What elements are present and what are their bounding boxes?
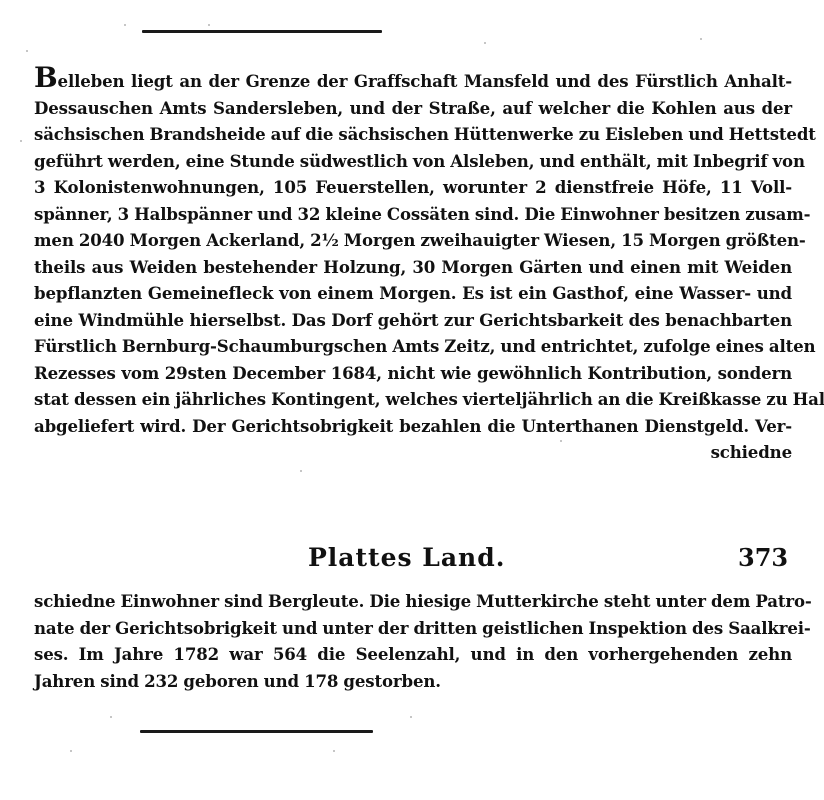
scan-speck — [110, 716, 112, 718]
scan-speck — [410, 716, 412, 718]
text-line: 3 Kolonistenwohnungen, 105 Feuerstellen,… — [34, 174, 792, 201]
text-line: Fürstlich Bernburg-Schaumburgschen Amts … — [34, 333, 792, 360]
text-line: Jahren sind 232 geboren und 178 gestorbe… — [34, 668, 792, 695]
page-number: 373 — [738, 538, 788, 578]
bottom-decorative-rule — [140, 730, 373, 733]
text-line: ses. Im Jahre 1782 war 564 die Seelenzah… — [34, 641, 792, 668]
text-line: stat dessen ein jährliches Kontingent, w… — [34, 386, 792, 413]
text-line: geführt werden, eine Stunde südwestlich … — [34, 148, 792, 175]
text-line: abgeliefert wird. Der Gerichtsobrigkeit … — [34, 413, 792, 440]
scan-speck — [70, 750, 72, 752]
scan-speck — [26, 50, 28, 52]
text-line: Belleben liegt an der Grenze der Graffsc… — [34, 68, 792, 95]
scanned-book-page: Belleben liegt an der Grenze der Graffsc… — [0, 0, 824, 800]
scan-speck — [20, 140, 22, 142]
text-line: Dessauschen Amts Sandersleben, und der S… — [34, 95, 792, 122]
text-line: sächsischen Brandsheide auf die sächsisc… — [34, 121, 792, 148]
scan-speck — [300, 470, 302, 472]
drop-cap-initial: B — [34, 61, 58, 94]
running-head: Plattes Land. — [308, 538, 505, 578]
paragraph-continuation: schiedne Einwohner sind Bergleute. Die h… — [34, 588, 792, 694]
scan-speck — [484, 42, 486, 44]
text-line: bepflanzten Gemeinefleck von einem Morge… — [34, 280, 792, 307]
top-decorative-rule — [142, 30, 382, 33]
text-line: eine Windmühle hierselbst. Das Dorf gehö… — [34, 307, 792, 334]
scan-speck — [333, 750, 335, 752]
scan-speck — [124, 24, 126, 26]
text-line: schiedne Einwohner sind Bergleute. Die h… — [34, 588, 792, 615]
scan-speck — [700, 38, 702, 40]
scan-speck — [208, 24, 210, 26]
text-line: Rezesses vom 29sten December 1684, nicht… — [34, 360, 792, 387]
paragraph-belleben: Belleben liegt an der Grenze der Graffsc… — [34, 68, 792, 466]
text-line: theils aus Weiden bestehender Holzung, 3… — [34, 254, 792, 281]
scan-speck — [560, 440, 562, 442]
text-line: nate der Gerichtsobrigkeit und unter der… — [34, 615, 792, 642]
text-line: men 2040 Morgen Ackerland, 2½ Morgen zwe… — [34, 227, 792, 254]
text-line: spänner, 3 Halbspänner und 32 kleine Cos… — [34, 201, 792, 228]
catchword: schiedne — [34, 439, 792, 466]
